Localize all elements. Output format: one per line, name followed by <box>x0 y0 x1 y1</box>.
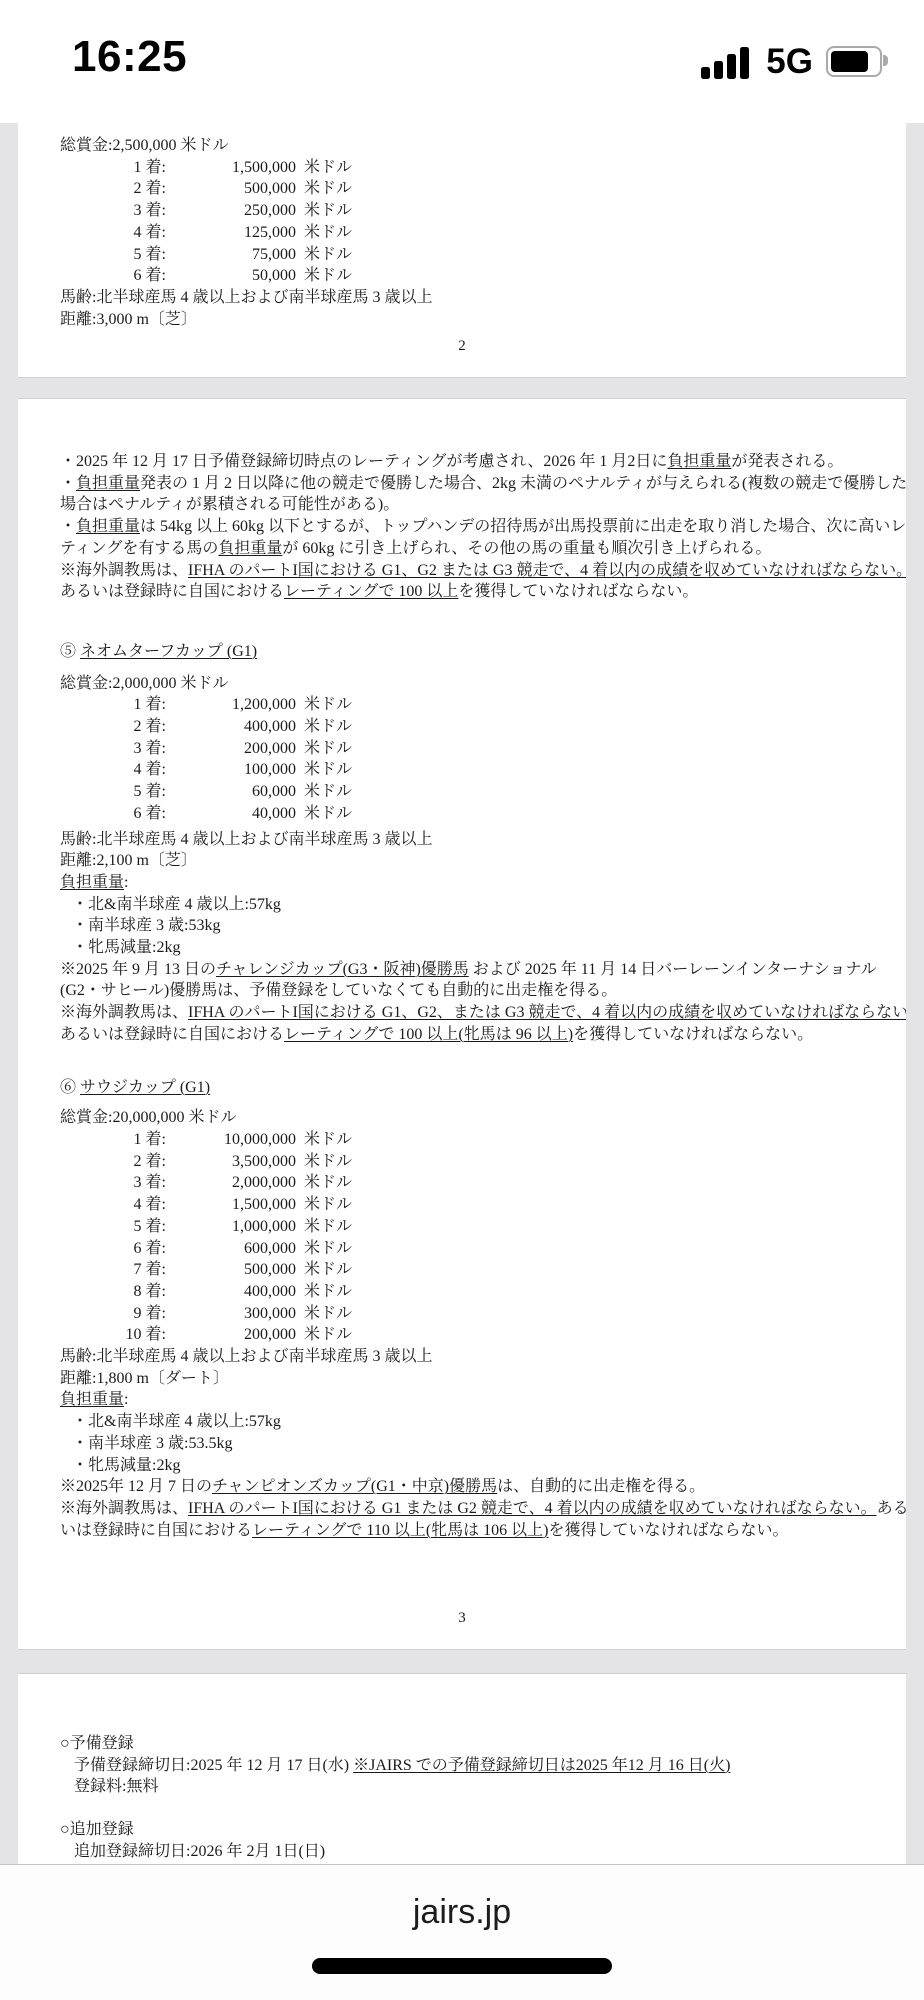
prize-row: 5 着:75,000米ドル <box>18 244 906 266</box>
prize-unit: 米ドル <box>304 244 352 266</box>
text-segment: いは登録時に自国における <box>60 1522 252 1539</box>
prize-row: 4 着:100,000米ドル <box>18 759 906 781</box>
weight-list: ・北&南半球産 4 歳以上:57kg・南半球産 3 歳:53kg・牝馬減量:2k… <box>18 894 906 959</box>
preliminary-fee-line: 登録料:無料 <box>18 1776 906 1798</box>
text-segment: レーティングで 100 以上 <box>284 583 458 600</box>
prize-amt: 40,000 <box>166 803 296 825</box>
prize-row: 8 着:400,000米ドル <box>18 1281 906 1303</box>
doc-line: ・北&南半球産 4 歳以上:57kg <box>18 894 906 916</box>
text-segment: が 60kg に引き上げられ、その他の馬の重量も順次引き上げられる。 <box>282 540 771 557</box>
page-number: 2 <box>18 336 906 356</box>
prize-unit: 米ドル <box>304 759 352 781</box>
preliminary-deadline-line: 予備登録締切日:2025 年 12 月 17 日(水) ※JAIRS での予備登… <box>18 1755 906 1777</box>
text-segment: を獲得していなければならない。 <box>573 1026 813 1043</box>
weight-label: 負担重量: <box>18 1389 906 1411</box>
text-segment: レーティングで 100 以上(牝馬は 96 以上) <box>284 1026 573 1043</box>
race-5-heading: ⑤ ネオムターフカップ (G1) <box>18 641 906 663</box>
battery-nub <box>883 55 888 66</box>
prize-row: 7 着:500,000米ドル <box>18 1259 906 1281</box>
doc-line: いは登録時に自国におけるレーティングで 110 以上(牝馬は 106 以上)を獲… <box>18 1520 906 1542</box>
prize-row: 3 着:200,000米ドル <box>18 738 906 760</box>
prize-row: 4 着:125,000米ドル <box>18 222 906 244</box>
page-number: 3 <box>18 1608 906 1628</box>
prize-unit: 米ドル <box>304 200 352 222</box>
prize-row: 1 着:10,000,000米ドル <box>18 1129 906 1151</box>
prize-row: 4 着:1,500,000米ドル <box>18 1194 906 1216</box>
prize-row: 2 着:500,000米ドル <box>18 178 906 200</box>
text-segment: ・ <box>60 518 76 535</box>
prize-amt: 200,000 <box>166 738 296 760</box>
prize-rank: 6 着: <box>66 803 166 825</box>
text-segment: レーティングで 110 以上(牝馬は 106 以上) <box>252 1522 548 1539</box>
prize-rank: 6 着: <box>66 265 166 287</box>
status-icons: 5G <box>701 44 882 79</box>
text-segment: ※JAIRS での予備登録締切日は2025 年12 月 16 日(火) <box>353 1757 730 1774</box>
text-segment: ・ <box>60 475 76 492</box>
doc-line: ・牝馬減量:2kg <box>18 1455 906 1477</box>
prize-list: 1 着:10,000,000米ドル2 着:3,500,000米ドル3 着:2,0… <box>18 1129 906 1346</box>
prize-amt: 10,000,000 <box>166 1129 296 1151</box>
prize-rank: 1 着: <box>66 157 166 179</box>
preliminary-registration-title: ○予備登録 <box>18 1733 906 1755</box>
prize-rank: 2 着: <box>66 716 166 738</box>
text-segment: あるいは登録時に自国における <box>60 583 284 600</box>
clock-label: 16:25 <box>72 32 187 82</box>
text-segment: は、自動的に出走権を得る。 <box>497 1478 705 1495</box>
prize-row: 9 着:300,000米ドル <box>18 1303 906 1325</box>
prize-amt: 60,000 <box>166 781 296 803</box>
text-segment: を獲得していなければならない。 <box>548 1522 788 1539</box>
prize-rank: 2 着: <box>66 1151 166 1173</box>
text-segment: 負担重量 <box>76 518 140 535</box>
pdf-page-4: ○予備登録 予備登録締切日:2025 年 12 月 17 日(水) ※JAIRS… <box>18 1673 906 1865</box>
prize-row: 5 着:60,000米ドル <box>18 781 906 803</box>
text-segment: サウジカップ (G1) <box>80 1079 210 1096</box>
prize-row: 6 着:40,000米ドル <box>18 803 906 825</box>
network-type-label: 5G <box>766 44 813 79</box>
prize-amt: 250,000 <box>166 200 296 222</box>
prize-row: 2 着:400,000米ドル <box>18 716 906 738</box>
prize-amt: 400,000 <box>166 716 296 738</box>
doc-line: (G2・サヒール)優勝馬は、予備登録をしていなくても自動的に出走権を得る。 <box>18 980 906 1002</box>
prize-unit: 米ドル <box>304 1281 352 1303</box>
text-segment: 場合はペナルティが累積される可能性がある)。 <box>60 496 399 513</box>
prize-unit: 米ドル <box>304 265 352 287</box>
text-segment: ・2025 年 12 月 17 日予備登録締切時点のレーティングが考慮され、20… <box>60 453 667 470</box>
text-segment: ⑤ <box>60 643 80 660</box>
text-segment: ⑥ <box>60 1079 80 1096</box>
home-indicator[interactable] <box>312 1958 612 1974</box>
doc-line: ・北&南半球産 4 歳以上:57kg <box>18 1411 906 1433</box>
text-segment: 負担重量 <box>667 453 731 470</box>
prize-row: 2 着:3,500,000米ドル <box>18 1151 906 1173</box>
prize-amt: 1,000,000 <box>166 1216 296 1238</box>
text-segment: 負担重量 <box>218 540 282 557</box>
prize-unit: 米ドル <box>304 157 352 179</box>
status-bar: 16:25 5G <box>0 0 924 123</box>
doc-line: ※海外調教馬は、IFHA のパートI国における G1 または G2 競走で、4 … <box>18 1498 906 1520</box>
text-segment: は 54kg 以上 60kg 以下とするが、トップハンデの招待馬が出馬投票前に出… <box>140 518 906 535</box>
text-segment: ※2025 年 9 月 13 日の <box>60 961 216 978</box>
pdf-page-2: 総賞金:2,500,000 米ドル 1 着:1,500,000米ドル2 着:50… <box>18 123 906 378</box>
prize-rank: 4 着: <box>66 222 166 244</box>
text-segment: IFHA のパートI国における G1、G2、または G3 競走で、4 着以内の成… <box>188 1004 906 1021</box>
doc-line: ・牝馬減量:2kg <box>18 937 906 959</box>
prize-unit: 米ドル <box>304 222 352 244</box>
total-prize-label: 総賞金:2,500,000 米ドル <box>18 135 906 157</box>
prize-rank: 1 着: <box>66 1129 166 1151</box>
prize-rank: 4 着: <box>66 1194 166 1216</box>
prize-unit: 米ドル <box>304 716 352 738</box>
doc-line: あるいは登録時に自国におけるレーティングで 100 以上(牝馬は 96 以上)を… <box>18 1024 906 1046</box>
battery-icon <box>826 46 882 77</box>
prize-rank: 6 着: <box>66 1238 166 1260</box>
prize-amt: 125,000 <box>166 222 296 244</box>
text-segment: あるいは登録時に自国における <box>60 1026 284 1043</box>
pdf-page-3: ・2025 年 12 月 17 日予備登録締切時点のレーティングが考慮され、20… <box>18 398 906 1650</box>
prize-unit: 米ドル <box>304 1238 352 1260</box>
pdf-viewport[interactable]: 総賞金:2,500,000 米ドル 1 着:1,500,000米ドル2 着:50… <box>0 123 924 1865</box>
prize-unit: 米ドル <box>304 178 352 200</box>
race-6-heading: ⑥ サウジカップ (G1) <box>18 1077 906 1099</box>
prize-unit: 米ドル <box>304 781 352 803</box>
prize-unit: 米ドル <box>304 1303 352 1325</box>
prize-row: 6 着:600,000米ドル <box>18 1238 906 1260</box>
prize-row: 3 着:2,000,000米ドル <box>18 1172 906 1194</box>
text-segment: : <box>124 874 128 891</box>
text-segment: ※2025年 12 月 7 日の <box>60 1478 212 1495</box>
prize-rank: 5 着: <box>66 244 166 266</box>
text-segment: IFHA のパートI国における G1、G2 または G3 競走で、4 着以内の成… <box>188 562 906 579</box>
text-segment: ※海外調教馬は、 <box>60 562 188 579</box>
text-segment: (G2・サヒール)優勝馬は、予備登録をしていなくても自動的に出走権を得る。 <box>60 982 617 999</box>
text-segment: を獲得していなければならない。 <box>458 583 698 600</box>
prize-row: 1 着:1,200,000米ドル <box>18 694 906 716</box>
prize-amt: 600,000 <box>166 1238 296 1260</box>
prize-rank: 7 着: <box>66 1259 166 1281</box>
race-6-notes: ※2025年 12 月 7 日のチャンピオンズカップ(G1・中京)優勝馬は、自動… <box>18 1476 906 1541</box>
text-segment: チャレンジカップ(G3・阪神)優勝馬 <box>216 961 469 978</box>
doc-line: ・南半球産 3 歳:53kg <box>18 915 906 937</box>
prize-amt: 400,000 <box>166 1281 296 1303</box>
text-segment: ※海外調教馬は、 <box>60 1500 188 1517</box>
text-segment: および 2025 年 11 月 14 日バーレーンインターナショナル <box>469 961 877 978</box>
prize-amt: 100,000 <box>166 759 296 781</box>
text-segment: ※海外調教馬は、 <box>60 1004 188 1021</box>
age-condition-label: 馬齢:北半球産馬 4 歳以上および南半球産馬 3 歳以上 <box>18 287 906 309</box>
battery-fill <box>831 51 868 72</box>
prize-unit: 米ドル <box>304 1129 352 1151</box>
doc-line: ・負担重量発表の 1 月 2 日以降に他の競走で優勝した場合、2kg 未満のペナ… <box>18 473 906 495</box>
text-segment: ティングを有する馬の <box>60 540 218 557</box>
prize-row: 10 着:200,000米ドル <box>18 1324 906 1346</box>
prize-row: 6 着:50,000米ドル <box>18 265 906 287</box>
prize-unit: 米ドル <box>304 694 352 716</box>
prize-unit: 米ドル <box>304 1151 352 1173</box>
doc-line: ・2025 年 12 月 17 日予備登録締切時点のレーティングが考慮され、20… <box>18 451 906 473</box>
race-5-notes: ※2025 年 9 月 13 日のチャレンジカップ(G3・阪神)優勝馬 および … <box>18 959 906 1046</box>
prize-rank: 10 着: <box>66 1324 166 1346</box>
text-segment: チャンピオンズカップ(G1・中京)優勝馬 <box>212 1478 497 1495</box>
age-condition-label: 馬齢:北半球産馬 4 歳以上および南半球産馬 3 歳以上 <box>18 829 906 851</box>
address-label[interactable]: jairs.jp <box>0 1893 924 1932</box>
additional-registration-title: ○追加登録 <box>18 1819 906 1841</box>
prize-amt: 1,200,000 <box>166 694 296 716</box>
cellular-signal-icon <box>701 45 753 79</box>
browser-bottom-bar: jairs.jp <box>0 1864 924 2000</box>
prize-rank: 5 着: <box>66 781 166 803</box>
prize-amt: 200,000 <box>166 1324 296 1346</box>
prize-amt: 1,500,000 <box>166 157 296 179</box>
prize-row: 5 着:1,000,000米ドル <box>18 1216 906 1238</box>
text-segment: 負担重量 <box>76 475 140 492</box>
text-segment: 負担重量 <box>60 1391 124 1408</box>
prize-amt: 1,500,000 <box>166 1194 296 1216</box>
prize-amt: 500,000 <box>166 1259 296 1281</box>
weight-list: ・北&南半球産 4 歳以上:57kg・南半球産 3 歳:53.5kg・牝馬減量:… <box>18 1411 906 1476</box>
doc-line: あるいは登録時に自国におけるレーティングで 100 以上を獲得していなければなら… <box>18 581 906 603</box>
text-segment: 発表の 1 月 2 日以降に他の競走で優勝した場合、2kg 未満のペナルティが与… <box>140 475 906 492</box>
distance-label: 距離:2,100 m〔芝〕 <box>18 850 906 872</box>
handicap-conditions-paragraph: ・2025 年 12 月 17 日予備登録締切時点のレーティングが考慮され、20… <box>18 451 906 603</box>
doc-line: 場合はペナルティが累積される可能性がある)。 <box>18 494 906 516</box>
text-segment: 負担重量 <box>60 874 124 891</box>
text-segment: が発表される。 <box>731 453 843 470</box>
weight-label: 負担重量: <box>18 872 906 894</box>
prize-rank: 1 着: <box>66 694 166 716</box>
prize-rank: 3 着: <box>66 1172 166 1194</box>
age-condition-label: 馬齢:北半球産馬 4 歳以上および南半球産馬 3 歳以上 <box>18 1346 906 1368</box>
prize-unit: 米ドル <box>304 1216 352 1238</box>
doc-line: ※2025年 12 月 7 日のチャンピオンズカップ(G1・中京)優勝馬は、自動… <box>18 1476 906 1498</box>
prize-amt: 500,000 <box>166 178 296 200</box>
prize-list: 1 着:1,200,000米ドル2 着:400,000米ドル3 着:200,00… <box>18 694 906 824</box>
distance-label: 距離:3,000 m〔芝〕 <box>18 309 906 331</box>
prize-row: 1 着:1,500,000米ドル <box>18 157 906 179</box>
doc-line: ・負担重量は 54kg 以上 60kg 以下とするが、トップハンデの招待馬が出馬… <box>18 516 906 538</box>
text-segment: ある <box>877 1500 906 1517</box>
prize-list: 1 着:1,500,000米ドル2 着:500,000米ドル3 着:250,00… <box>18 157 906 287</box>
prize-rank: 3 着: <box>66 200 166 222</box>
prize-rank: 9 着: <box>66 1303 166 1325</box>
prize-rank: 4 着: <box>66 759 166 781</box>
text-segment: ネオムターフカップ (G1) <box>80 643 257 660</box>
doc-line: ※海外調教馬は、IFHA のパートI国における G1、G2 または G3 競走で… <box>18 560 906 582</box>
doc-line: ティングを有する馬の負担重量が 60kg に引き上げられ、その他の馬の重量も順次… <box>18 538 906 560</box>
doc-line: ※海外調教馬は、IFHA のパートI国における G1、G2、または G3 競走で… <box>18 1002 906 1024</box>
prize-unit: 米ドル <box>304 803 352 825</box>
doc-line: ※2025 年 9 月 13 日のチャレンジカップ(G3・阪神)優勝馬 および … <box>18 959 906 981</box>
preliminary-registration-block: 予備登録締切日:2025 年 12 月 17 日(水) ※JAIRS での予備登… <box>18 1755 906 1798</box>
prize-unit: 米ドル <box>304 1194 352 1216</box>
text-segment: IFHA のパートI国における G1 または G2 競走で、4 着以内の成績を収… <box>188 1500 877 1517</box>
total-prize-label: 総賞金:20,000,000 米ドル <box>18 1107 906 1129</box>
prize-rank: 5 着: <box>66 1216 166 1238</box>
prize-amt: 300,000 <box>166 1303 296 1325</box>
text-segment: 予備登録締切日:2025 年 12 月 17 日(水) <box>74 1757 353 1774</box>
prize-rank: 3 着: <box>66 738 166 760</box>
additional-registration-block: 追加登録締切日:2026 年 2月 1日(日) 登録料:当該レース総賞金の1% <box>18 1841 906 1865</box>
prize-row: 3 着:250,000米ドル <box>18 200 906 222</box>
prize-amt: 75,000 <box>166 244 296 266</box>
total-prize-label: 総賞金:2,000,000 米ドル <box>18 673 906 695</box>
prize-amt: 50,000 <box>166 265 296 287</box>
text-segment: : <box>124 1391 128 1408</box>
prize-amt: 2,000,000 <box>166 1172 296 1194</box>
additional-deadline-line: 追加登録締切日:2026 年 2月 1日(日) <box>18 1841 906 1863</box>
prize-rank: 8 着: <box>66 1281 166 1303</box>
prize-unit: 米ドル <box>304 1259 352 1281</box>
distance-label: 距離:1,800 m〔ダート〕 <box>18 1368 906 1390</box>
prize-unit: 米ドル <box>304 1324 352 1346</box>
prize-unit: 米ドル <box>304 738 352 760</box>
prize-amt: 3,500,000 <box>166 1151 296 1173</box>
prize-rank: 2 着: <box>66 178 166 200</box>
doc-line: ・南半球産 3 歳:53.5kg <box>18 1433 906 1455</box>
prize-unit: 米ドル <box>304 1172 352 1194</box>
